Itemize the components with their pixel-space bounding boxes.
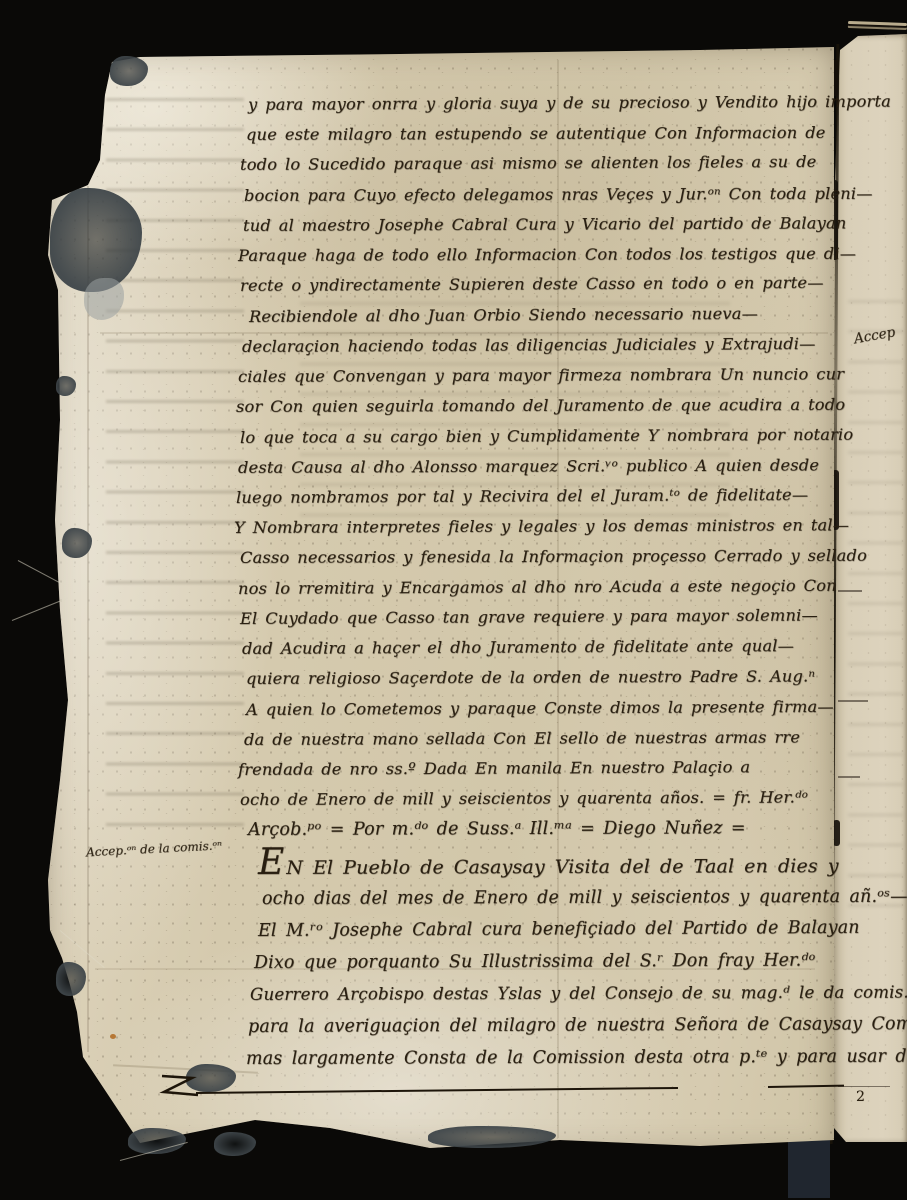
manuscript-line: tud al maestro Josephe Cabral Cura y Vic… — [243, 214, 847, 234]
ink-dash — [838, 590, 862, 592]
manuscript-line: para la averiguaçion del milagro de nues… — [248, 1015, 907, 1037]
ink-dash — [838, 1086, 890, 1087]
manuscript-line: Guerrero Arçobispo destas Yslas y del Co… — [250, 984, 907, 1005]
manuscript-line: nos lo rremitira y Encargamos al dho nro… — [238, 577, 837, 598]
manuscript-line: y para mayor onrra y gloria suya y de su… — [248, 93, 891, 114]
manuscript-line: da de nuestra mano sellada Con El sello … — [244, 729, 800, 749]
manuscript-line: Paraque haga de todo ello Informacion Co… — [238, 245, 856, 265]
damage-patch — [428, 1126, 556, 1148]
manuscript-line: El M.ʳᵒ Josephe Cabral cura benefiçiado … — [258, 919, 860, 941]
manuscript-line: mas largamente Consta de la Comission de… — [246, 1048, 907, 1070]
manuscript-line: EN El Pueblo de Casaysay Visita del de T… — [258, 850, 839, 879]
manuscript-line: El Cuydado que Casso tan grave requiere … — [240, 606, 818, 627]
manuscript-line: luego nombramos por tal y Recivira del e… — [236, 486, 808, 507]
manuscript-line: sor Con quien seguirla tomando del Juram… — [236, 396, 845, 416]
manuscript-line: desta Causa al dho Alonsso marquez Scri.… — [238, 456, 819, 476]
paper-fiber — [18, 560, 64, 585]
manuscript-line: quiera religioso Saçerdote de la orden d… — [246, 668, 815, 688]
manuscript-line: ocho dias del mes de Enero de mill y sei… — [262, 888, 907, 909]
manuscript-line: Arçob.ᵖᵒ = Por m.ᵈᵒ de Suss.ᵃ Ill.ᵐᵃ = D… — [248, 819, 746, 840]
flourish-squiggle — [158, 1072, 202, 1100]
manuscript-line: lo que toca a su cargo bien y Cumplidame… — [240, 426, 853, 447]
manuscript-line: dad Acudira a haçer el dho Juramento de … — [242, 637, 794, 658]
manuscript-line: que este milagro tan estupendo se autent… — [246, 124, 826, 144]
manuscript-line: Casso necessarios y fenesida la Informaç… — [240, 547, 867, 567]
gutter-shadow — [833, 820, 840, 846]
manuscript-line: frendada de nro ss.º Dada En manila En n… — [238, 758, 750, 778]
manuscript-line: ciales que Convengan y para mayor firmez… — [238, 365, 844, 385]
manuscript-line: A quien lo Cometemos y paraque Conste di… — [246, 698, 834, 719]
ink-dash — [838, 700, 868, 702]
manuscript-line: ocho de Enero de mill y seiscientos y qu… — [240, 789, 808, 809]
manuscript-line: Dixo que porquanto Su Illustrissima del … — [254, 952, 816, 974]
bleed-through — [848, 300, 903, 920]
paper-fiber — [12, 598, 68, 621]
manuscript-line: Y Nombrara interpretes fieles y legales … — [234, 516, 849, 536]
manuscript-line: recte o yndirectamente Supieren deste Ca… — [240, 274, 824, 295]
manuscript-line: Recibiendole al dho Juan Orbio Siendo ne… — [249, 305, 758, 326]
damage-patch — [214, 1132, 256, 1156]
manuscript-line: todo lo Sucedido paraque asi mismo se al… — [240, 153, 817, 174]
page-edge-stack — [848, 21, 907, 26]
manuscript-line: declaraçion haciendo todas las diligenci… — [242, 335, 816, 356]
page-number: 2 — [856, 1090, 865, 1104]
manuscript-line: bocion para Cuyo efecto delegamos nras V… — [244, 185, 873, 205]
crease-line — [87, 186, 89, 1052]
damage-patch — [788, 1140, 830, 1198]
stain-dot — [110, 1034, 116, 1039]
ink-dash — [838, 776, 860, 778]
scan-background: { "colors":{"background":"#0a0907","pape… — [0, 0, 907, 1200]
